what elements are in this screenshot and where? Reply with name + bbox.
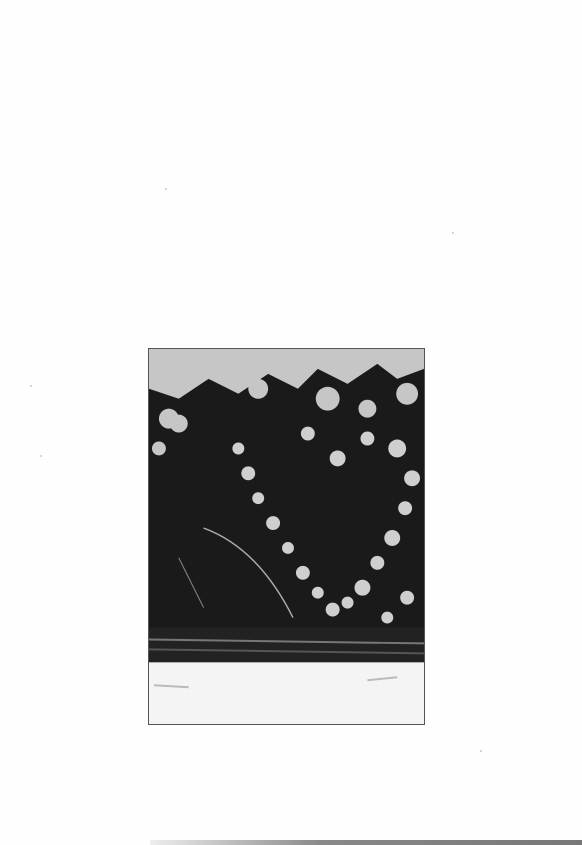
- dust-speck: [30, 385, 32, 387]
- scanned-page: [0, 0, 582, 845]
- photo-image: [149, 349, 424, 724]
- scan-edge-shadow: [150, 840, 582, 845]
- photograph: [148, 348, 425, 725]
- dust-speck: [40, 455, 42, 457]
- dust-speck: [480, 750, 482, 752]
- dust-speck: [165, 188, 167, 190]
- dust-speck: [452, 232, 454, 234]
